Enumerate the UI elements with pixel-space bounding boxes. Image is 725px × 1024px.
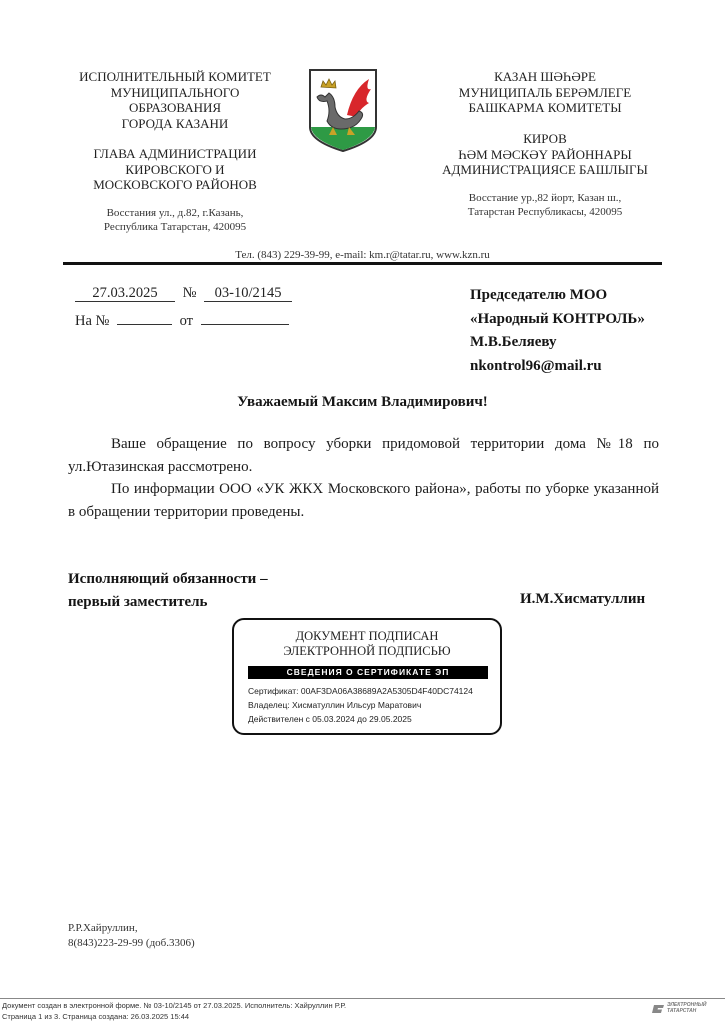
right-organization-name: КАЗАН ШӘҺӘРЕ МУНИЦИПАЛЬ БЕРӘМЛЕГЕ БАШКАР… [440, 69, 650, 116]
registration-number-line: 27.03.2025 № 03-10/2145 [75, 285, 292, 302]
header-divider [63, 262, 662, 265]
number-label: № [183, 285, 197, 301]
address-line: Татарстан Республикасы, 420095 [440, 205, 650, 219]
electronic-tatarstan-icon [652, 1004, 665, 1014]
footer-line: Документ создан в электронной форме. № 0… [2, 1001, 346, 1012]
head-line: КИРОВСКОГО И [60, 162, 290, 178]
left-head-title: ГЛАВА АДМИНИСТРАЦИИ КИРОВСКОГО И МОСКОВС… [60, 146, 290, 193]
reference-label: На № [75, 313, 109, 329]
reference-number [117, 324, 172, 325]
reference-line: На № от [75, 313, 289, 330]
certificate-owner: Владелец: Хисматуллин Ильсур Маратович [248, 698, 473, 712]
org-line: МУНИЦИПАЛЬНОГО [60, 85, 290, 101]
address-line: Восстания ул., д.82, г.Казань, [60, 206, 290, 220]
certificate-validity: Действителен с 05.03.2024 до 29.05.2025 [248, 712, 473, 726]
body-paragraph: Ваше обращение по вопросу уборки придомо… [68, 433, 659, 478]
reference-date [201, 324, 289, 325]
executor-info: Р.Р.Хайруллин, 8(843)223-29-99 (доб.3306… [68, 921, 195, 951]
signatory-name: И.М.Хисматуллин [520, 591, 645, 608]
registration-date: 27.03.2025 [75, 286, 175, 302]
head-line: ГЛАВА АДМИНИСТРАЦИИ [60, 146, 290, 162]
signatory-title-line: первый заместитель [68, 591, 268, 614]
address-line: Республика Татарстан, 420095 [60, 220, 290, 234]
executor-name: Р.Р.Хайруллин, [68, 921, 195, 936]
right-head-title: КИРОВ ҺӘМ МӘСКӘҮ РАЙОННАРЫ АДМИНИСТРАЦИЯ… [440, 131, 650, 178]
head-line: ҺӘМ МӘСКӘҮ РАЙОННАРЫ [440, 147, 650, 163]
addressee-email: nkontrol96@mail.ru [470, 355, 645, 379]
stamp-title-line: ЭЛЕКТРОННОЙ ПОДПИСЬЮ [234, 644, 500, 659]
head-line: КИРОВ [440, 131, 650, 147]
registration-number: 03-10/2145 [204, 286, 292, 302]
footer-divider [0, 998, 725, 999]
footer-line: Страница 1 из 3. Страница создана: 26.03… [2, 1012, 346, 1023]
kazan-coat-of-arms-icon [307, 67, 379, 153]
org-line: ГОРОДА КАЗАНИ [60, 116, 290, 132]
signatory-title-line: Исполняющий обязанности – [68, 568, 268, 591]
right-address: Восстание ур.,82 йорт, Казан ш., Татарст… [440, 191, 650, 219]
reference-from-label: от [180, 313, 193, 329]
addressee-block: Председателю МОО «Народный КОНТРОЛЬ» М.В… [470, 284, 645, 378]
addressee-line: «Народный КОНТРОЛЬ» [470, 308, 645, 332]
stamp-title-line: ДОКУМЕНТ ПОДПИСАН [234, 629, 500, 644]
certificate-details: Сертификат: 00AF3DA06A38689A2A5305D4F40D… [248, 684, 473, 726]
stamp-title: ДОКУМЕНТ ПОДПИСАН ЭЛЕКТРОННОЙ ПОДПИСЬЮ [234, 629, 500, 659]
addressee-line: М.В.Беляеву [470, 331, 645, 355]
head-line: АДМИНИСТРАЦИЯСЕ БАШЛЫГЫ [440, 162, 650, 178]
electronic-tatarstan-logo: ЭЛЕКТРОННЫЙ ТАТАРСТАН [652, 1003, 706, 1014]
org-line: КАЗАН ШӘҺӘРЕ [440, 69, 650, 85]
footer-meta: Документ создан в электронной форме. № 0… [2, 1001, 346, 1022]
org-line: МУНИЦИПАЛЬ БЕРӘМЛЕГЕ [440, 85, 650, 101]
left-organization-name: ИСПОЛНИТЕЛЬНЫЙ КОМИТЕТ МУНИЦИПАЛЬНОГО ОБ… [60, 69, 290, 131]
certificate-id: Сертификат: 00AF3DA06A38689A2A5305D4F40D… [248, 684, 473, 698]
head-line: МОСКОВСКОГО РАЙОНОВ [60, 177, 290, 193]
org-line: ИСПОЛНИТЕЛЬНЫЙ КОМИТЕТ [60, 69, 290, 85]
executor-phone: 8(843)223-29-99 (доб.3306) [68, 936, 195, 951]
logo-text-line: ТАТАРСТАН [667, 1009, 706, 1015]
certificate-info-bar: СВЕДЕНИЯ О СЕРТИФИКАТЕ ЭП [248, 666, 488, 679]
salutation: Уважаемый Максим Владимирович! [60, 394, 665, 411]
contact-line: Тел. (843) 229-39-99, e-mail: km.r@tatar… [60, 249, 665, 261]
electronic-signature-stamp: ДОКУМЕНТ ПОДПИСАН ЭЛЕКТРОННОЙ ПОДПИСЬЮ С… [232, 618, 502, 735]
org-line: ОБРАЗОВАНИЯ [60, 100, 290, 116]
body-paragraph: По информации ООО «УК ЖКХ Московского ра… [68, 478, 659, 523]
org-line: БАШКАРМА КОМИТЕТЫ [440, 100, 650, 116]
address-line: Восстание ур.,82 йорт, Казан ш., [440, 191, 650, 205]
left-address: Восстания ул., д.82, г.Казань, Республик… [60, 206, 290, 234]
addressee-line: Председателю МОО [470, 284, 645, 308]
signatory-title: Исполняющий обязанности – первый замести… [68, 568, 268, 614]
logo-text: ЭЛЕКТРОННЫЙ ТАТАРСТАН [667, 1003, 706, 1014]
